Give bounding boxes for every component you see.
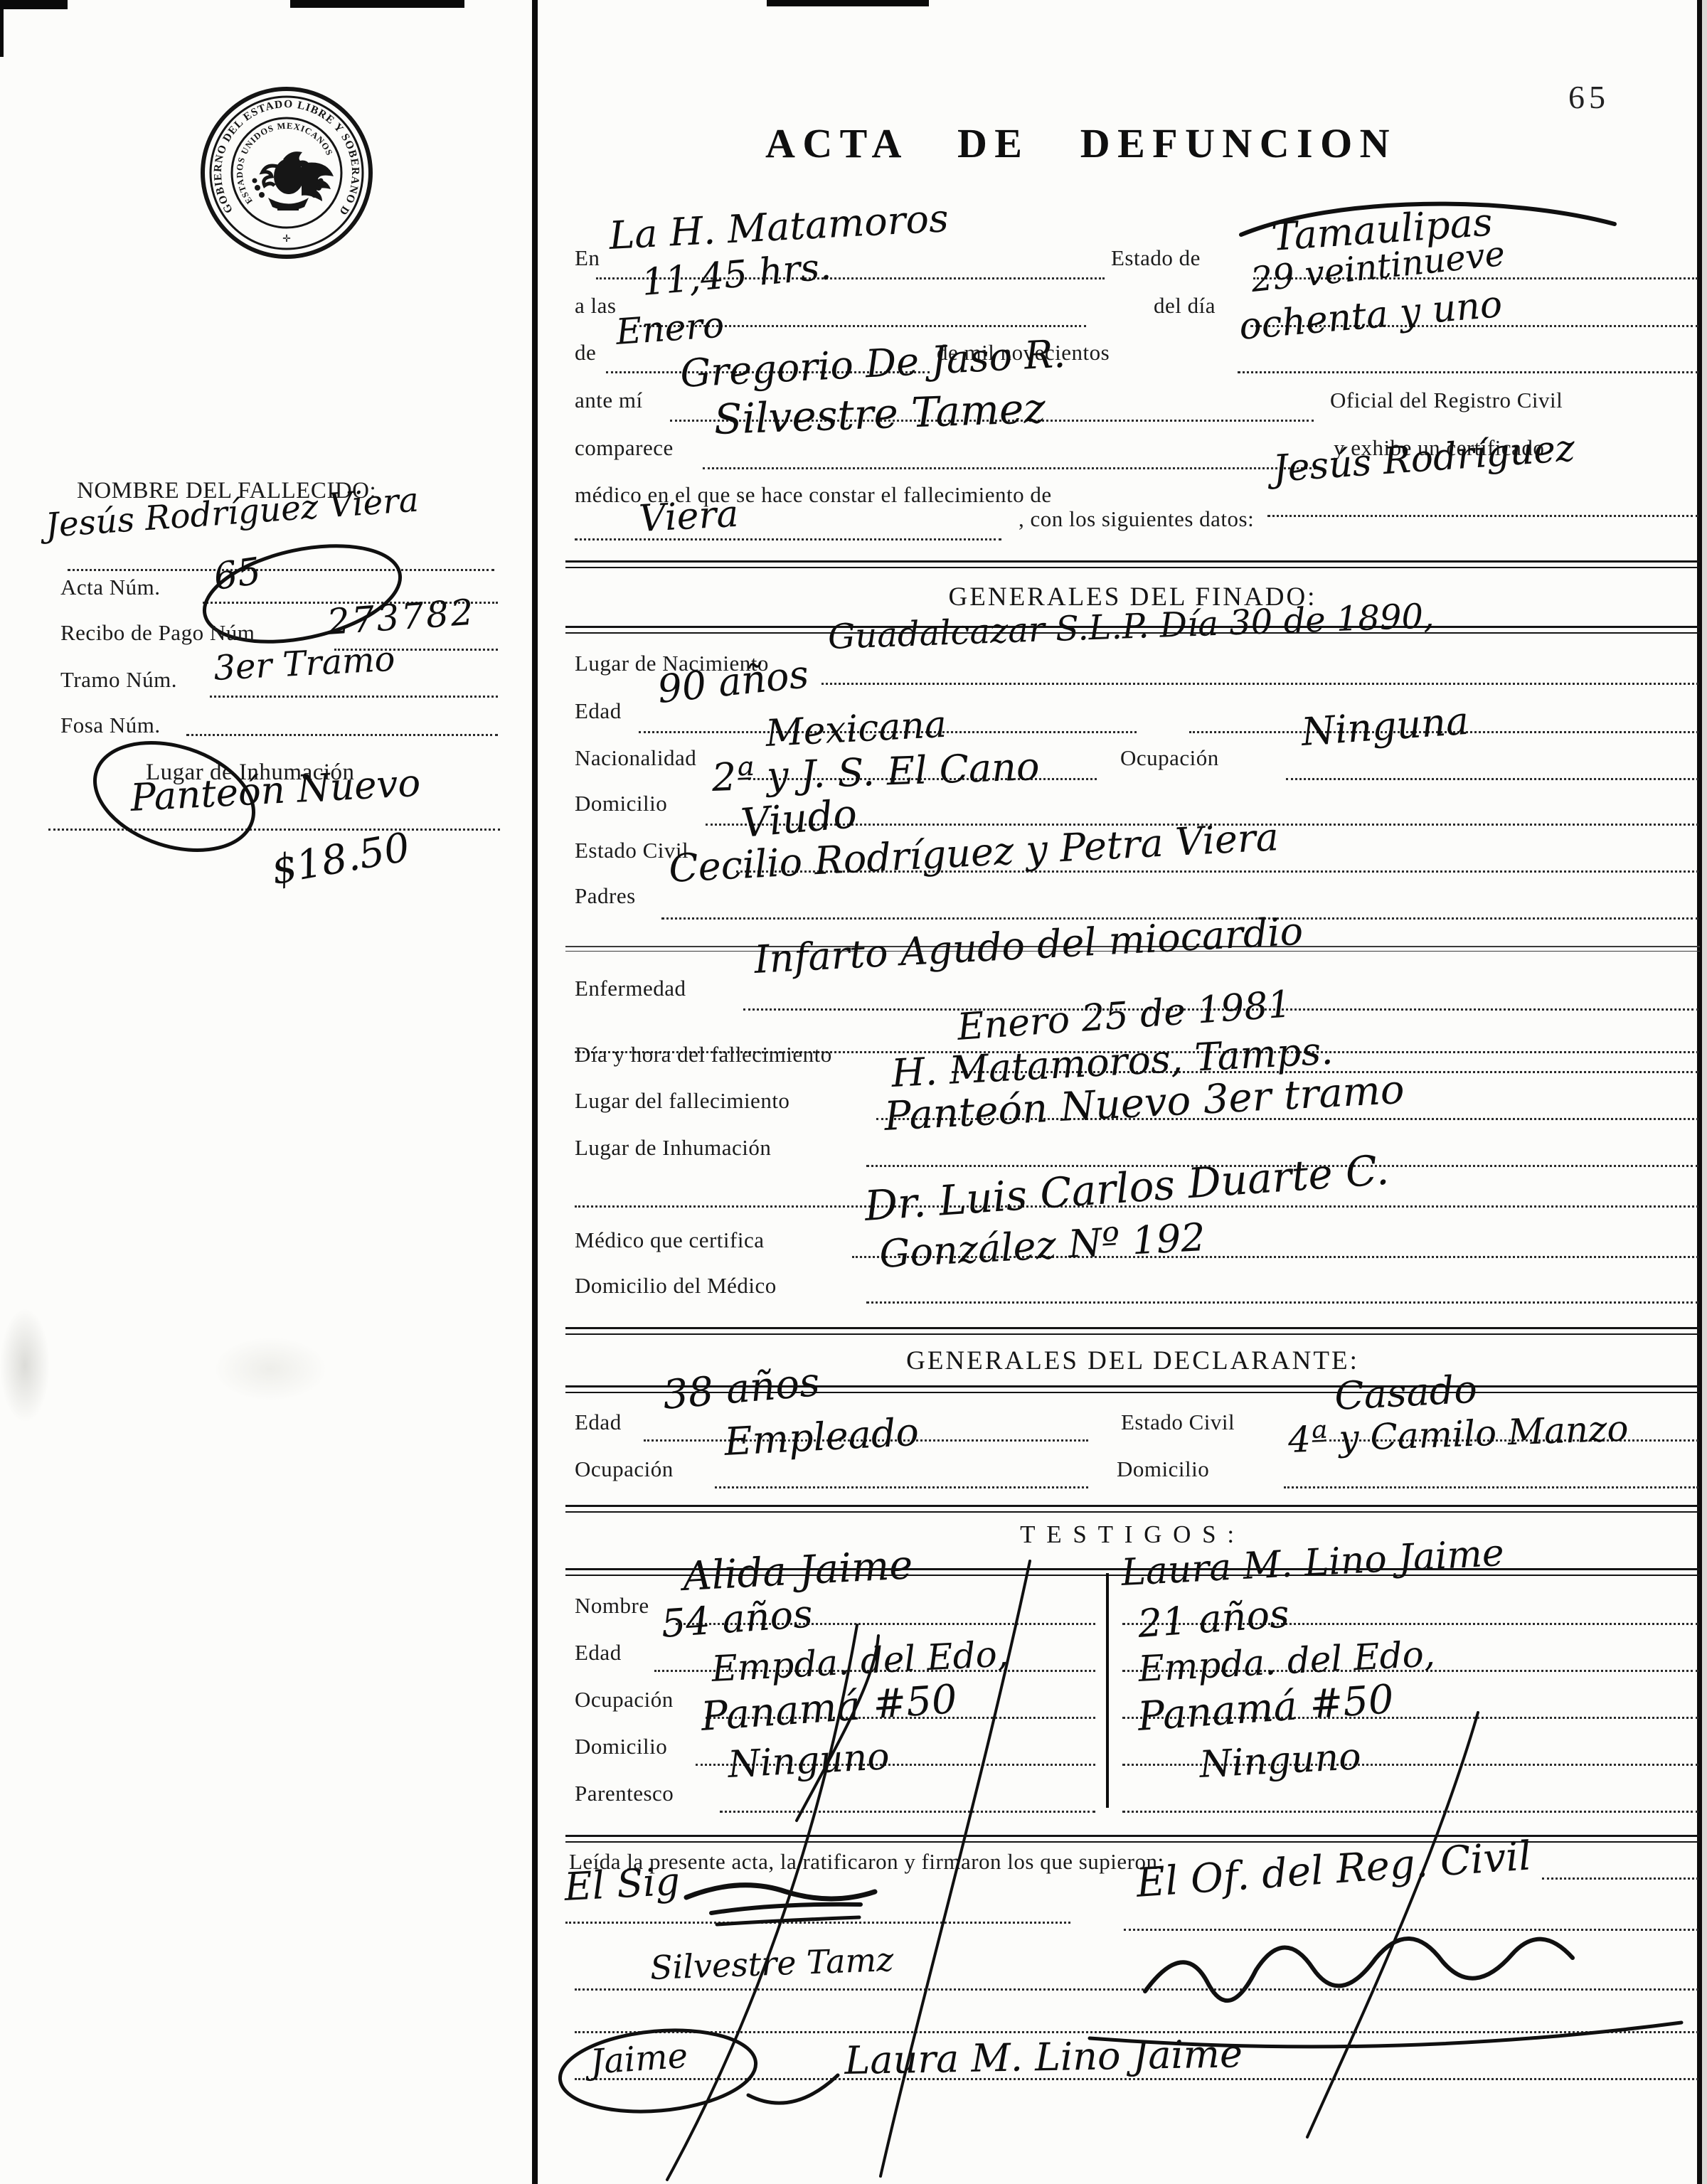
signature-scribbles — [0, 0, 1707, 2184]
scan-smudge — [0, 1309, 50, 1422]
scan-smudge — [213, 1337, 327, 1401]
death-certificate-scan: GOBIERNO DEL ESTADO LIBRE Y SOBERANO DE … — [0, 0, 1707, 2184]
